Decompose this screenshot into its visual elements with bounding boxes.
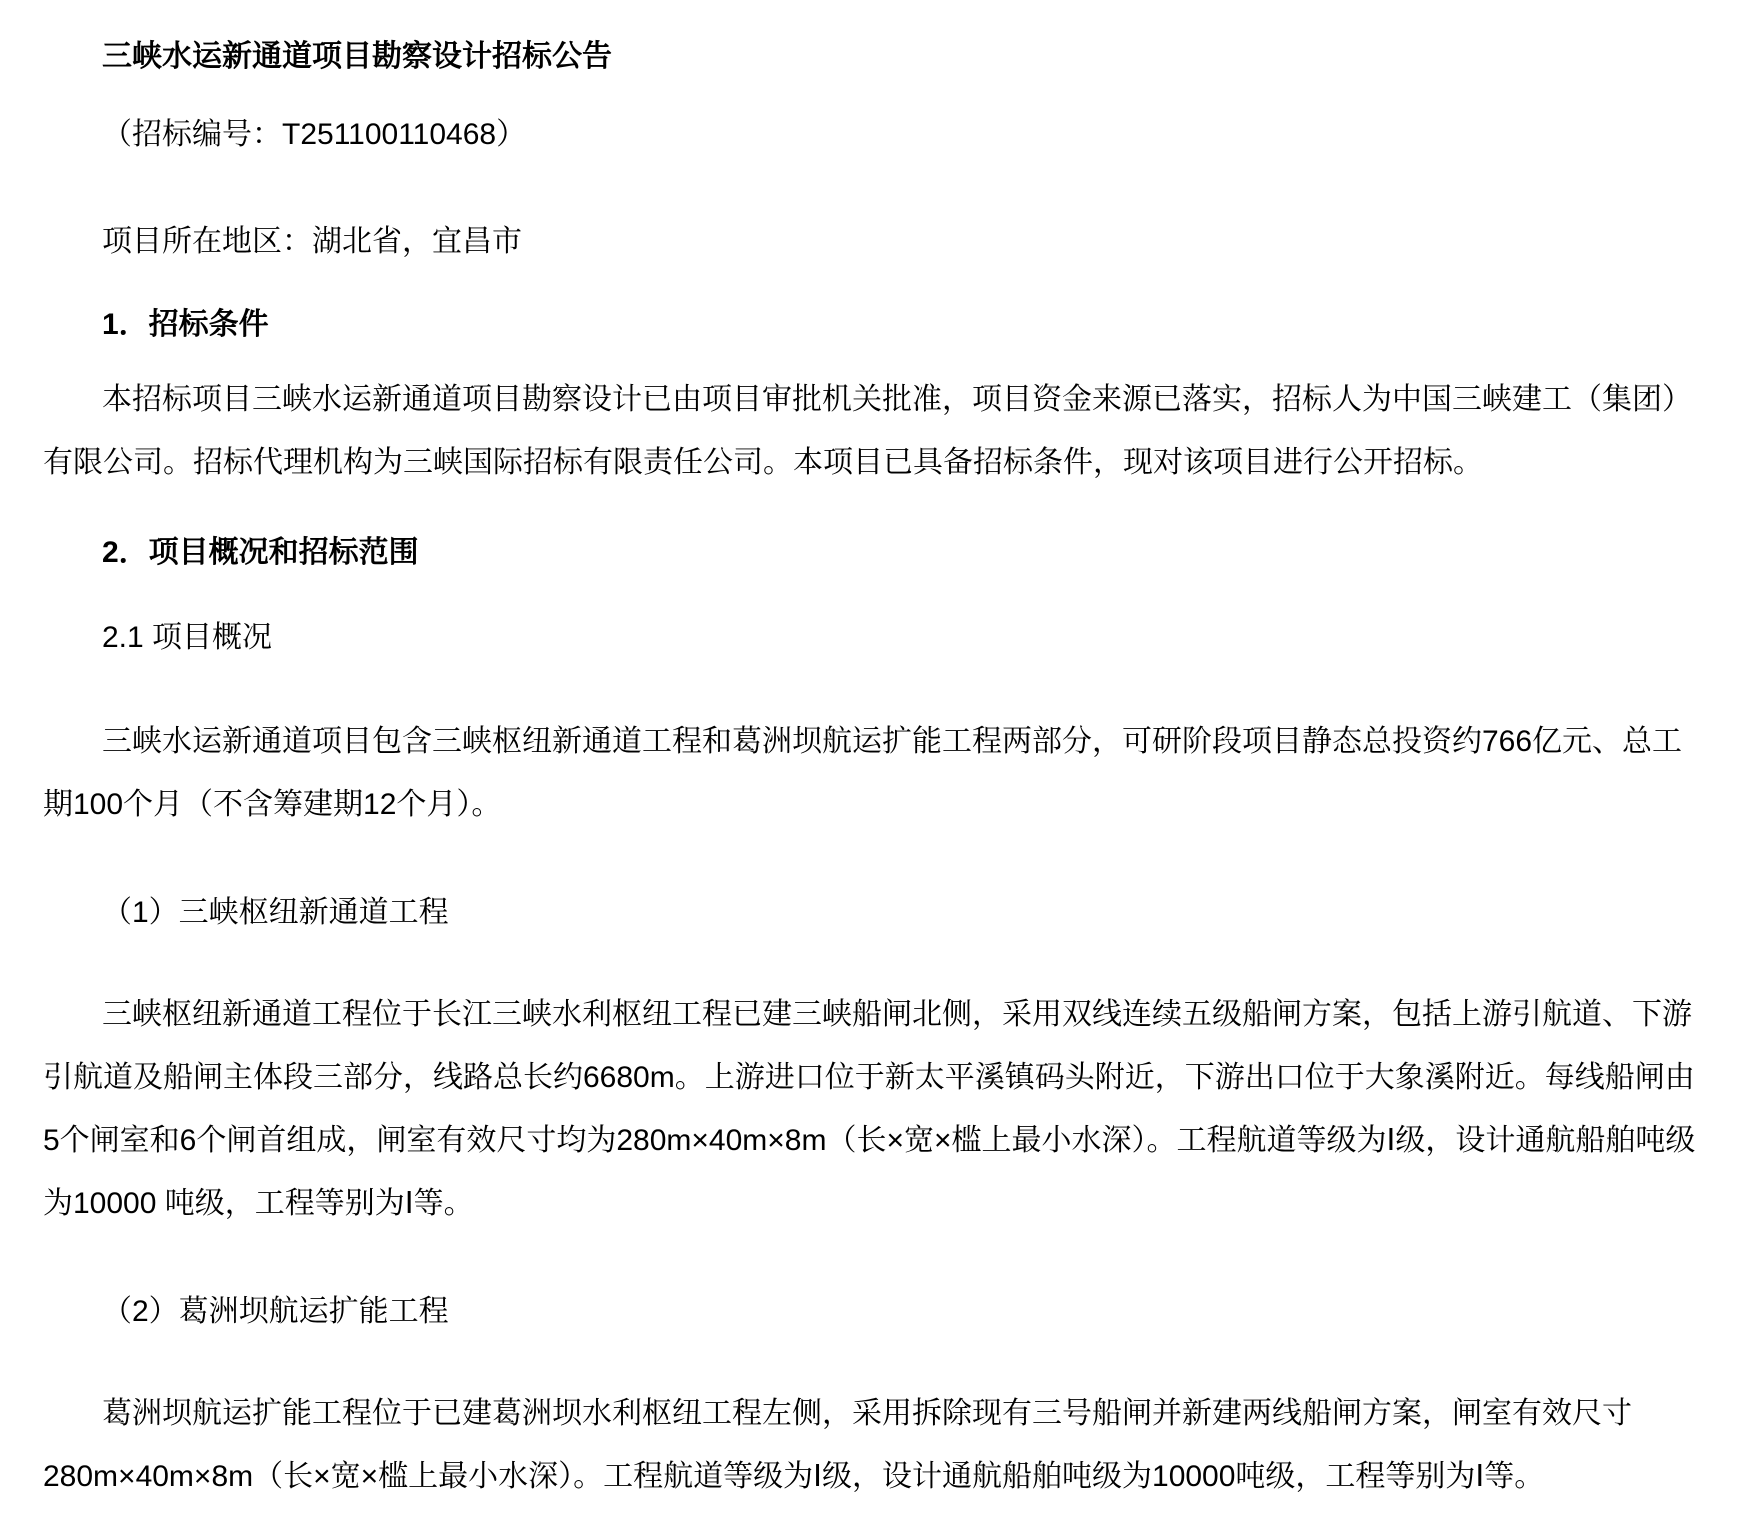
section1-paragraph: 本招标项目三峡水运新通道项目勘察设计已由项目审批机关批准，项目资金来源已落实，招… bbox=[43, 368, 1707, 494]
project-overview-paragraph: 三峡水运新通道项目包含三峡枢纽新通道工程和葛洲坝航运扩能工程两部分，可研阶段项目… bbox=[43, 710, 1707, 836]
section1-heading: 1．招标条件 bbox=[43, 293, 1707, 356]
document-title: 三峡水运新通道项目勘察设计招标公告 bbox=[43, 25, 1707, 88]
item1-heading: （1）三峡枢纽新通道工程 bbox=[43, 881, 1707, 944]
section2-heading: 2．项目概况和招标范围 bbox=[43, 521, 1707, 584]
tender-number-line: （招标编号：T251100110468） bbox=[43, 103, 1707, 166]
item2-heading: （2）葛洲坝航运扩能工程 bbox=[43, 1280, 1707, 1343]
item1-paragraph: 三峡枢纽新通道工程位于长江三峡水利枢纽工程已建三峡船闸北侧，采用双线连续五级船闸… bbox=[43, 983, 1707, 1235]
project-region-line: 项目所在地区：湖北省，宜昌市 bbox=[43, 210, 1707, 273]
item2-paragraph: 葛洲坝航运扩能工程位于已建葛洲坝水利枢纽工程左侧，采用拆除现有三号船闸并新建两线… bbox=[43, 1382, 1707, 1508]
section2-1-subheading: 2.1 项目概况 bbox=[43, 606, 1707, 669]
tender-announcement-document: 三峡水运新通道项目勘察设计招标公告 （招标编号：T251100110468） 项… bbox=[0, 0, 1764, 1526]
